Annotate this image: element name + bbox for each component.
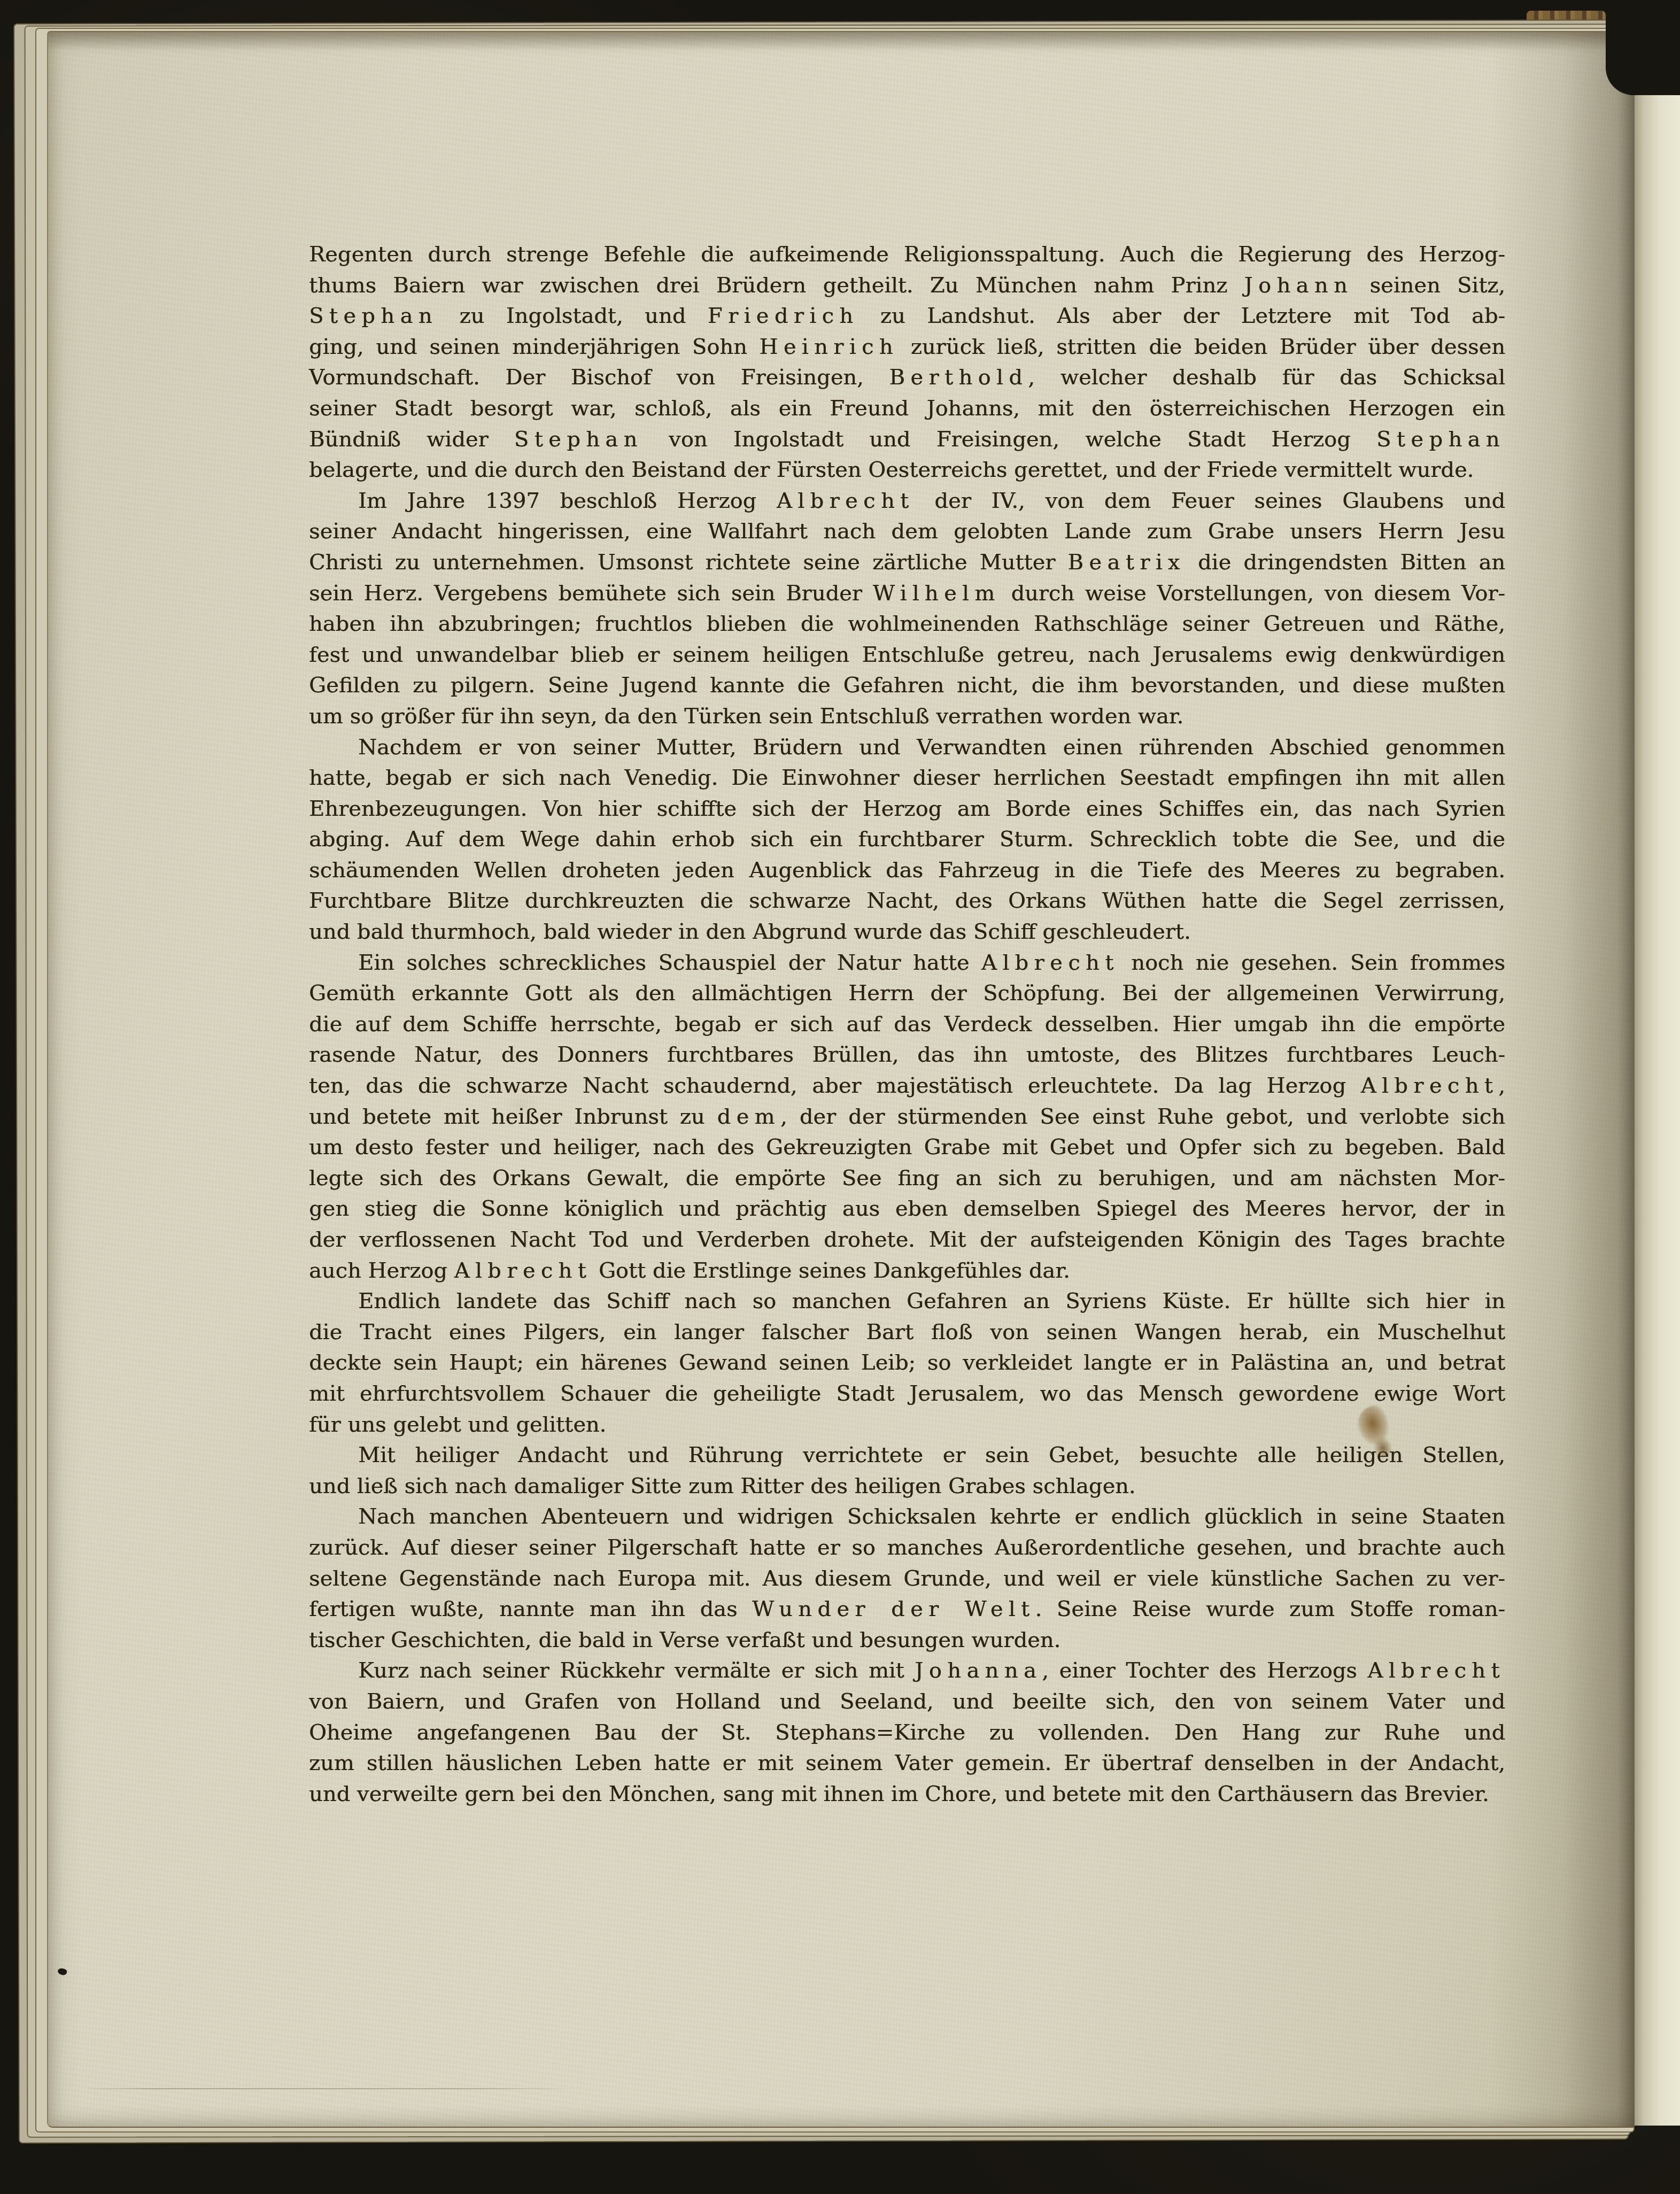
text-line: mit ehrfurchtsvollem Schauer die geheili… <box>309 1379 1505 1410</box>
letterspaced-name: dem <box>717 1104 780 1129</box>
text-line: deckte sein Haupt; ein härenes Gewand se… <box>309 1348 1505 1379</box>
scan-background-corner <box>1606 0 1680 95</box>
text-line: der verflossenen Nacht Tod und Verderben… <box>309 1225 1505 1256</box>
letterspaced-name: Albrecht <box>454 1258 592 1283</box>
text-block: Regenten durch strenge Befehle die aufke… <box>309 240 1505 1810</box>
text-line: Stephan zu Ingolstadt, und Friedrich zu … <box>309 301 1505 332</box>
text-line: Gefilden zu pilgern. Seine Jugend kannte… <box>309 670 1505 701</box>
text-line: auch Herzog Albrecht Gott die Erstlinge … <box>309 1256 1505 1287</box>
letterspaced-name: Stephan <box>1376 427 1505 452</box>
text-line: die auf dem Schiffe herrschte, begab er … <box>309 1009 1505 1040</box>
letterspaced-name: Berthold <box>889 365 1028 390</box>
text-line: legte sich des Orkans Gewalt, die empört… <box>309 1163 1505 1194</box>
text-line: Kurz nach seiner Rückkehr vermälte er si… <box>309 1656 1505 1687</box>
letterspaced-name: Friedrich <box>708 304 859 328</box>
text-line: Endlich landete das Schiff nach so manch… <box>309 1286 1505 1317</box>
text-line: Oheime angefangenen Bau der St. Stephans… <box>309 1718 1505 1749</box>
text-line: seiner Andacht hingerissen, eine Wallfah… <box>309 516 1505 547</box>
text-line: Bündniß wider Stephan von Ingolstadt und… <box>309 424 1505 455</box>
text-line: von Baiern, und Grafen von Holland und S… <box>309 1687 1505 1718</box>
text-line: Nach manchen Abenteuern und widrigen Sch… <box>309 1502 1505 1533</box>
text-line: zum stillen häuslichen Leben hatte er mi… <box>309 1748 1505 1779</box>
letterspaced-name: Albrecht <box>1361 1073 1499 1098</box>
gutter-shadow <box>1490 32 1635 2127</box>
text-line: abging. Auf dem Wege dahin erhob sich ei… <box>309 824 1505 855</box>
text-line: Ehrenbezeugungen. Von hier schiffte sich… <box>309 794 1505 825</box>
text-line: Regenten durch strenge Befehle die aufke… <box>309 240 1505 271</box>
text-line: thums Baiern war zwischen drei Brüdern g… <box>309 271 1505 302</box>
text-line: und betete mit heißer Inbrunst zu dem, d… <box>309 1102 1505 1133</box>
facing-page-edge <box>1633 92 1680 2126</box>
letterspaced-name: Wilhelm <box>873 581 1001 606</box>
paragraph: Nachdem er von seiner Mutter, Brüdern un… <box>309 732 1505 948</box>
text-line: Furchtbare Blitze durchkreuzten die schw… <box>309 886 1505 917</box>
text-line: Mit heiliger Andacht und Rührung verrich… <box>309 1440 1505 1471</box>
letterspaced-name: Johanna <box>915 1658 1042 1683</box>
text-line: Nachdem er von seiner Mutter, Brüdern un… <box>309 732 1505 763</box>
paragraph: Nach manchen Abenteuern und widrigen Sch… <box>309 1502 1505 1656</box>
paper-crease <box>80 2088 577 2089</box>
text-line: und bald thurmhoch, bald wieder in den A… <box>309 917 1505 948</box>
paragraph: Endlich landete das Schiff nach so manch… <box>309 1286 1505 1440</box>
text-line: Christi zu unternehmen. Umsonst richtete… <box>309 547 1505 578</box>
letterspaced-name: Albrecht <box>981 951 1119 975</box>
text-line: sein Herz. Vergebens bemühete sich sein … <box>309 578 1505 609</box>
page-top-shadow <box>48 32 1635 50</box>
letterspaced-name: Stephan <box>309 304 438 328</box>
text-line: rasende Natur, des Donners furchtbares B… <box>309 1040 1505 1071</box>
text-line: um desto fester und heiliger, nach des G… <box>309 1132 1505 1163</box>
text-line: seiner Stadt besorgt war, schloß, als ei… <box>309 393 1505 424</box>
letterspaced-name: Wunder der Welt <box>752 1597 1035 1621</box>
text-line: tischer Geschichten, die bald in Verse v… <box>309 1625 1505 1656</box>
text-line: um so größer für ihn seyn, da den Türken… <box>309 701 1505 732</box>
text-line: haben ihn abzubringen; fruchtlos blieben… <box>309 609 1505 640</box>
letterspaced-name: Stephan <box>514 427 643 452</box>
text-line: und verweilte gern bei den Mönchen, sang… <box>309 1779 1505 1810</box>
letterspaced-name: Albrecht <box>1367 1658 1505 1683</box>
text-line: Vormundschaft. Der Bischof von Freisinge… <box>309 362 1505 393</box>
text-line: die Tracht eines Pilgers, ein langer fal… <box>309 1317 1505 1348</box>
paragraph: Im Jahre 1397 beschloß Herzog Albrecht d… <box>309 486 1505 732</box>
paragraph: Regenten durch strenge Befehle die aufke… <box>309 240 1505 486</box>
text-line: seltene Gegenstände nach Europa mit. Aus… <box>309 1564 1505 1595</box>
letterspaced-name: Heinrich <box>760 335 899 359</box>
text-line: ging, und seinen minderjährigen Sohn Hei… <box>309 332 1505 363</box>
paragraph: Kurz nach seiner Rückkehr vermälte er si… <box>309 1656 1505 1810</box>
text-line: fertigen wußte, nannte man ihn das Wunde… <box>309 1594 1505 1625</box>
text-line: Gemüth erkannte Gott als den allmächtige… <box>309 978 1505 1009</box>
text-line: und ließ sich nach damaliger Sitte zum R… <box>309 1471 1505 1502</box>
text-line: hatte, begab er sich nach Venedig. Die E… <box>309 763 1505 794</box>
letterspaced-name: Albrecht <box>777 489 915 513</box>
letterspaced-name: Johann <box>1244 273 1353 298</box>
paragraph: Mit heiliger Andacht und Rührung verrich… <box>309 1440 1505 1502</box>
text-line: für uns gelebt und gelitten. <box>309 1410 1505 1441</box>
text-line: zurück. Auf dieser seiner Pilgerschaft h… <box>309 1533 1505 1564</box>
text-line: belagerte, und die durch den Beistand de… <box>309 455 1505 486</box>
text-line: schäumenden Wellen droheten jeden Augenb… <box>309 855 1505 886</box>
text-line: ten, das die schwarze Nacht schaudernd, … <box>309 1071 1505 1102</box>
paragraph: Ein solches schreckliches Schauspiel der… <box>309 948 1505 1287</box>
book-scan: { "document": { "kind": "scanned-book-pa… <box>0 0 1680 2194</box>
letterspaced-name: Beatrix <box>1068 550 1186 575</box>
text-line: Ein solches schreckliches Schauspiel der… <box>309 948 1505 979</box>
text-line: fest und unwandelbar blieb er seinem hei… <box>309 640 1505 671</box>
text-line: Im Jahre 1397 beschloß Herzog Albrecht d… <box>309 486 1505 517</box>
text-line: gen stieg die Sonne königlich und prächt… <box>309 1194 1505 1225</box>
